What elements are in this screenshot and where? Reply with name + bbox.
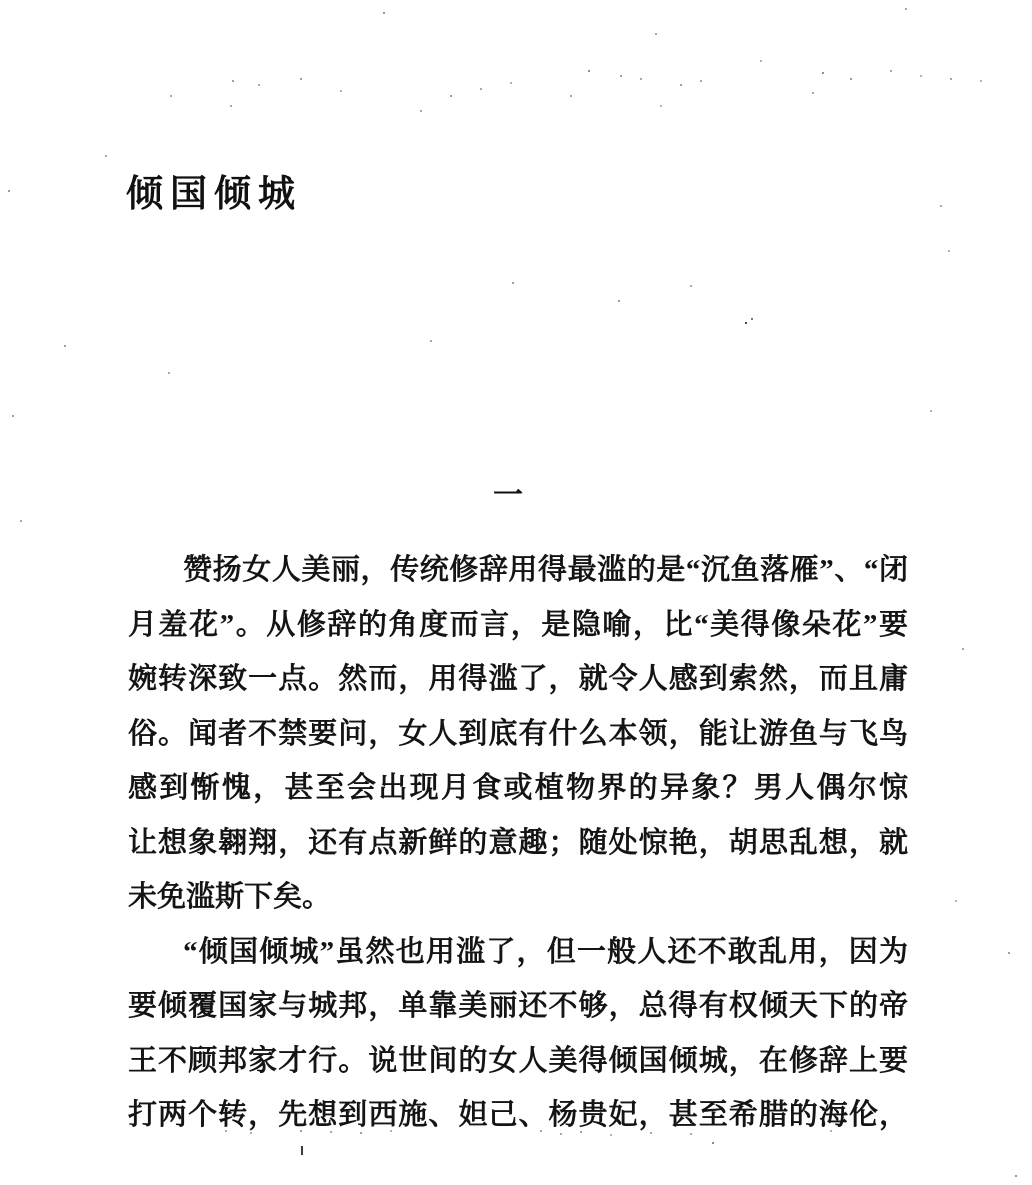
text-line: 感到惭愧，甚至会出现月食或植物界的异象？男人偶尔惊艳， — [128, 761, 908, 816]
section-number: 一 — [128, 470, 888, 514]
text-line: 月羞花”。从修辞的角度而言，是隐喻，比“美得像朵花”要 — [128, 598, 908, 653]
scan-noise — [0, 0, 2, 2]
text-line: 婉转深致一点。然而，用得滥了，就令人感到索然，而且庸 — [128, 652, 908, 707]
text-line: 未免滥斯下矣。 — [128, 870, 908, 925]
scan-noise-mark — [301, 1146, 303, 1155]
text-line: 俗。闻者不禁要问，女人到底有什么本领，能让游鱼与飞鸟 — [128, 707, 908, 762]
text-line: 赞扬女人美丽，传统修辞用得最滥的是“沉鱼落雁”、“闭 — [128, 543, 908, 598]
text-line: 王不顾邦家才行。说世间的女人美得倾国倾城，在修辞上要 — [128, 1034, 908, 1089]
body-text: 赞扬女人美丽，传统修辞用得最滥的是“沉鱼落雁”、“闭 月羞花”。从修辞的角度而言… — [128, 543, 908, 1143]
chapter-title: 倾国倾城 — [126, 163, 302, 217]
text-line: 打两个转，先想到西施、妲己、杨贵妃，甚至希腊的海伦， — [128, 1088, 908, 1143]
book-page: 倾国倾城 一 赞扬女人美丽，传统修辞用得最滥的是“沉鱼落雁”、“闭 月羞花”。从… — [0, 0, 1032, 1185]
text-line: 要倾覆国家与城邦，单靠美丽还不够，总得有权倾天下的帝 — [128, 979, 908, 1034]
text-line: 让想象翱翔，还有点新鲜的意趣；随处惊艳，胡思乱想，就 — [128, 816, 908, 871]
text-line: “倾国倾城”虽然也用滥了，但一般人还不敢乱用，因为 — [128, 925, 908, 980]
